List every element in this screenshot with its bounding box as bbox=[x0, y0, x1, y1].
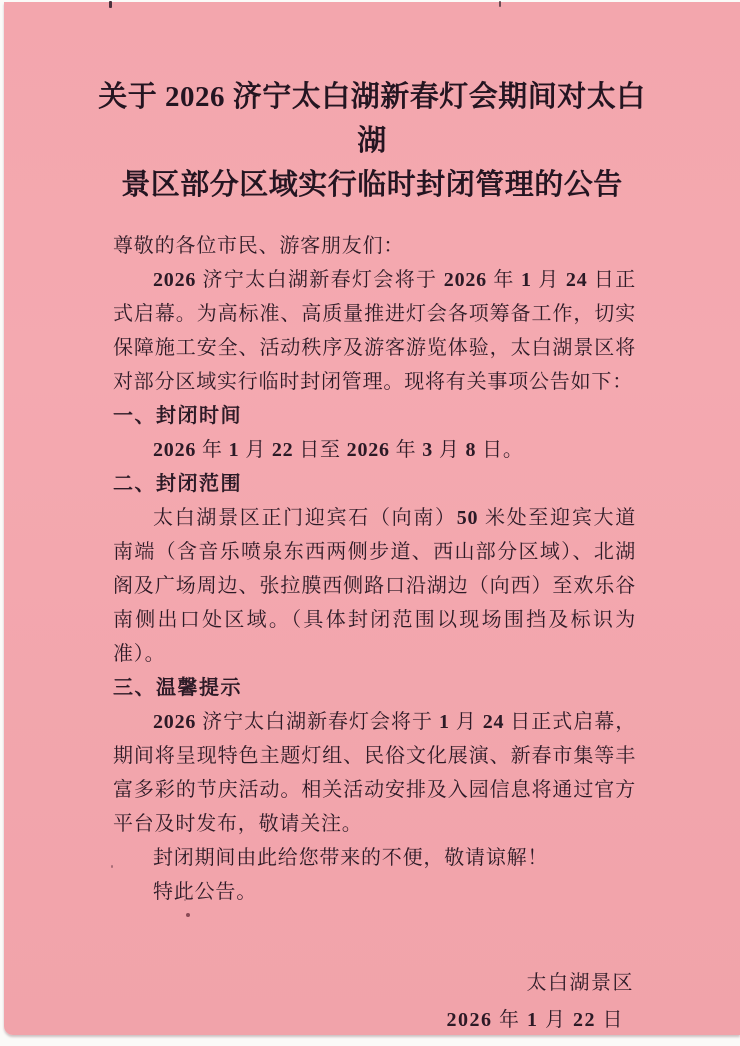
paragraph: 2026 济宁太白湖新春灯会将于 1 月 24 日正式启幕，期间将呈现特色主题灯… bbox=[113, 705, 636, 841]
notice-title-line-1: 关于 2026 济宁太白湖新春灯会期间对太白湖 bbox=[92, 75, 652, 163]
paragraph: 太白湖景区正门迎宾石（向南）50 米处至迎宾大道南端（含音乐喷泉东西两侧步道、西… bbox=[113, 501, 636, 671]
scanned-page: 关于 2026 济宁太白湖新春灯会期间对太白湖 景区部分区域实行临时封闭管理的公… bbox=[0, 0, 740, 1046]
greeting-line: 尊敬的各位市民、游客朋友们： bbox=[113, 229, 636, 263]
paragraph: 2026 济宁太白湖新春灯会将于 2026 年 1 月 24 日正式启幕。为高标… bbox=[113, 263, 636, 399]
signature-date: 2026 年 1 月 22 日 bbox=[113, 1002, 636, 1039]
signature-name: 太白湖景区 bbox=[113, 965, 636, 1002]
notice-title: 关于 2026 济宁太白湖新春灯会期间对太白湖 景区部分区域实行临时封闭管理的公… bbox=[92, 75, 652, 207]
scan-speck bbox=[109, 1, 112, 8]
notice-body: 尊敬的各位市民、游客朋友们： 2026 济宁太白湖新春灯会将于 2026 年 1… bbox=[113, 229, 636, 909]
paragraph: 2026 年 1 月 22 日至 2026 年 3 月 8 日。 bbox=[113, 433, 636, 467]
section-heading: 二、封闭范围 bbox=[113, 467, 636, 501]
paragraph-list: 2026 济宁太白湖新春灯会将于 2026 年 1 月 24 日正式启幕。为高标… bbox=[113, 263, 636, 909]
announcement-sheet: 关于 2026 济宁太白湖新春灯会期间对太白湖 景区部分区域实行临时封闭管理的公… bbox=[4, 2, 740, 1035]
signature-block: 太白湖景区 2026 年 1 月 22 日 bbox=[113, 965, 636, 1039]
section-heading: 一、封闭时间 bbox=[113, 399, 636, 433]
scan-speck bbox=[499, 1, 501, 7]
section-heading: 三、温馨提示 bbox=[113, 671, 636, 705]
paragraph: 封闭期间由此给您带来的不便，敬请谅解！ bbox=[113, 841, 636, 875]
paragraph: 特此公告。 bbox=[113, 875, 636, 909]
notice-title-line-2: 景区部分区域实行临时封闭管理的公告 bbox=[92, 163, 652, 207]
scan-speck bbox=[186, 913, 190, 917]
scan-speck bbox=[184, 899, 186, 901]
scan-speck bbox=[111, 865, 113, 868]
